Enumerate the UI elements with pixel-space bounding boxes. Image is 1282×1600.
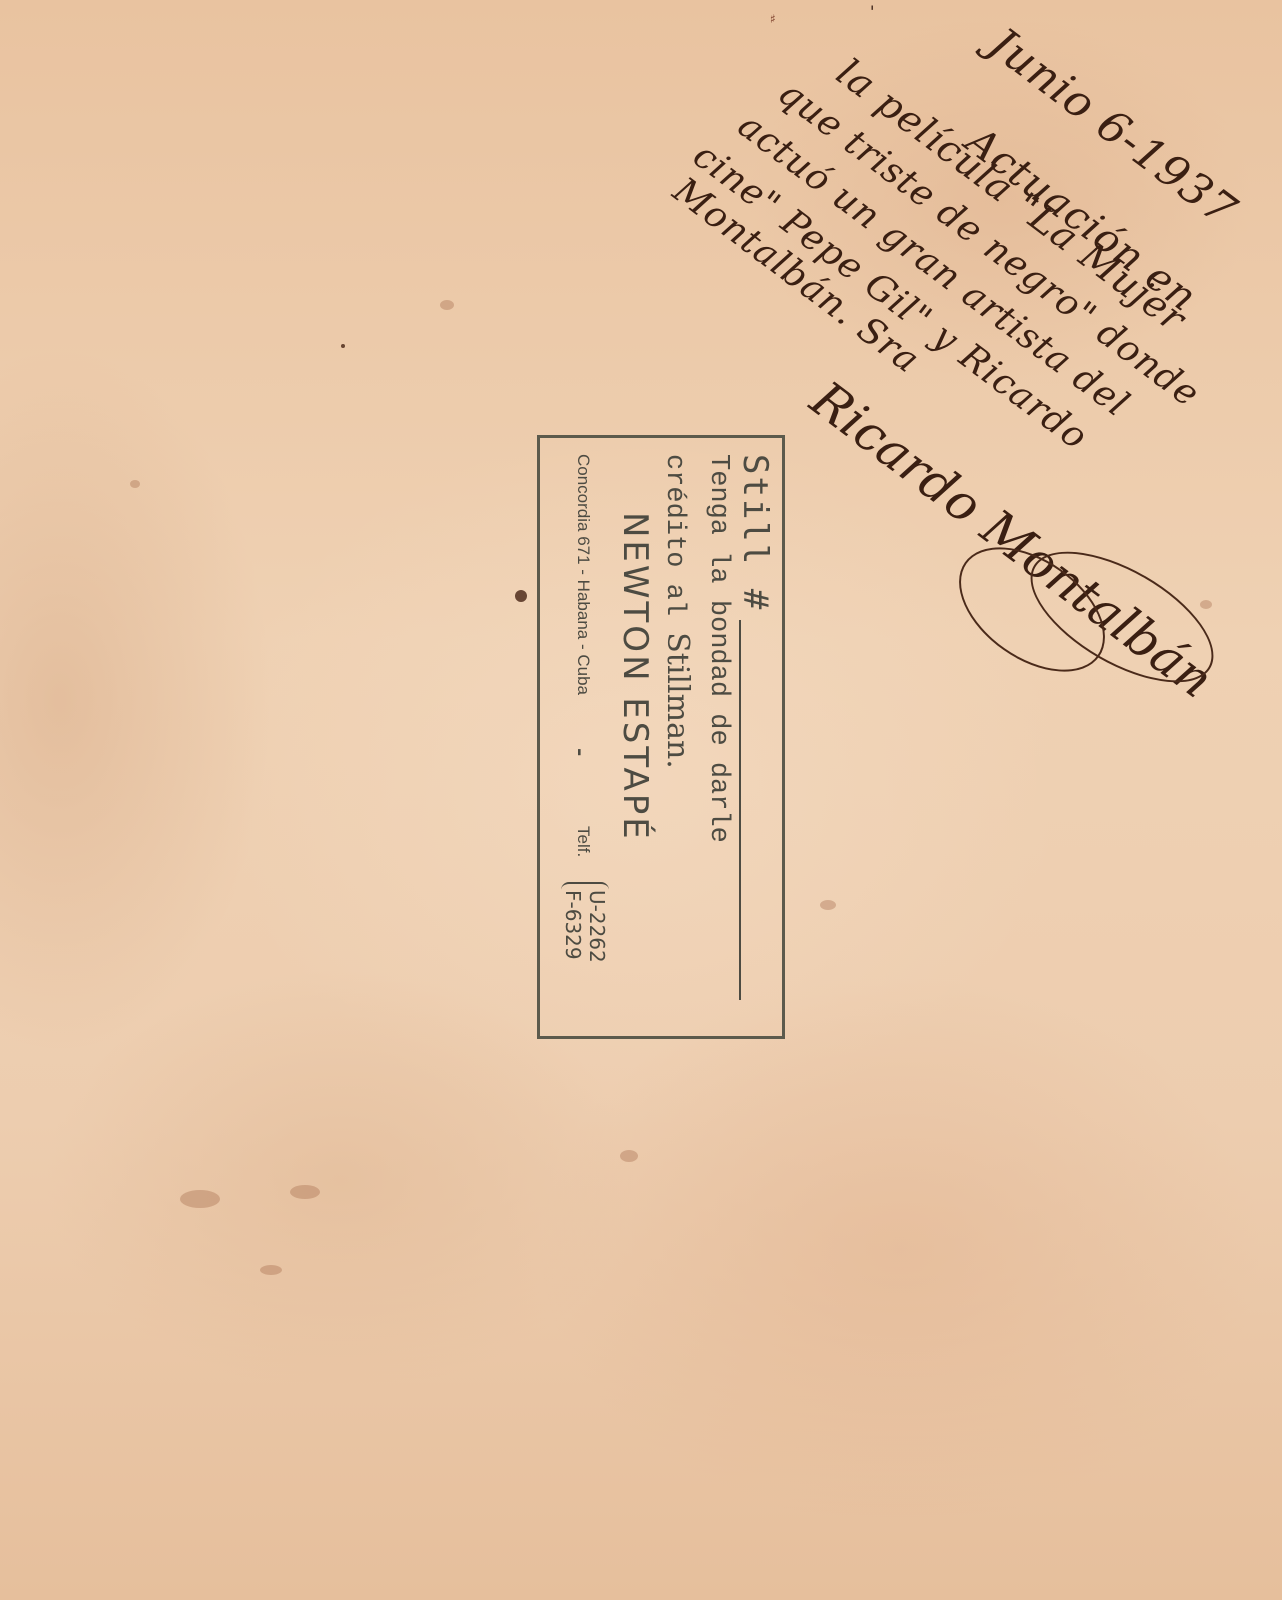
- phone-number: U-2262: [585, 890, 609, 963]
- tick-mark: ': [870, 2, 874, 21]
- pencil-mark: ♯: [770, 12, 776, 26]
- foxing-spot: [440, 300, 454, 310]
- foxing-spot: [1200, 600, 1212, 609]
- foxing-spot: [260, 1265, 282, 1275]
- still-number-blank-line: [739, 620, 741, 1000]
- stamp-text-rotated: Still # Tenga la bondad de darle crédito…: [543, 442, 779, 1032]
- stillman-name: Stillman.: [660, 632, 695, 769]
- foxing-spot: [180, 1190, 220, 1208]
- studio-address: Concordia 671 - Habana - Cuba: [573, 454, 593, 695]
- foxing-spot: [290, 1185, 320, 1199]
- foxing-spot: [130, 480, 140, 488]
- separator-dash: -: [569, 748, 593, 756]
- phone-numbers: U-2262 F-6329: [561, 882, 609, 963]
- credit-line: crédito al Stillman.: [659, 454, 695, 769]
- still-number-label: Still #: [735, 454, 775, 611]
- ink-dot: [341, 344, 345, 348]
- foxing-spot: [820, 900, 836, 910]
- credit-request-line: Tenga la bondad de darle: [703, 454, 733, 843]
- foxing-spot: [620, 1150, 638, 1162]
- phone-number: F-6329: [561, 890, 585, 963]
- photographer-stamp: Still # Tenga la bondad de darle crédito…: [537, 435, 785, 1039]
- ink-blot: [515, 590, 527, 602]
- studio-name: NEWTON ESTAPÉ: [615, 512, 655, 842]
- credit-prefix: crédito al: [659, 454, 689, 632]
- telephone-label: Telf.: [573, 826, 593, 857]
